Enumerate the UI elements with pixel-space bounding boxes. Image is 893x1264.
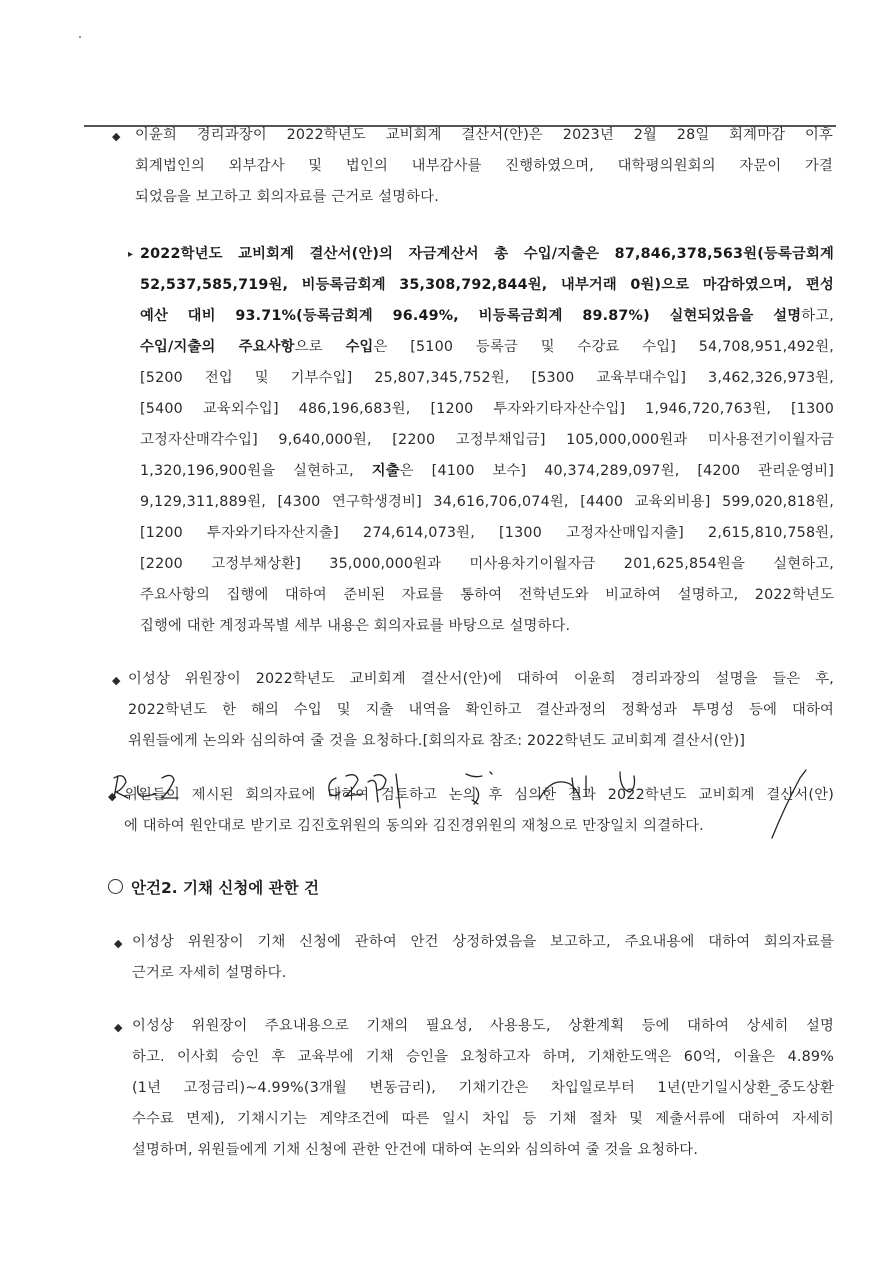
heading-text: 안건2. 기채 신청에 관한 건 [131,879,319,897]
text-line: [5200 전입 및 기부수입] 25,807,345,752원, [5300 … [140,363,834,394]
text-line: 수입/지출의 주요사항으로 수입은 [5100 등록금 및 수강료 수입] 54… [140,332,834,363]
paragraph-bond-details: 이성상 위원장이 주요내용으로 기채의 필요성, 사용용도, 상환계획 등에 대… [132,1011,834,1166]
agenda-2-heading: 안건2. 기채 신청에 관한 건 [108,876,319,898]
bold-span: 예산 대비 93.71%(등록금회계 96.49%, 비등록금회계 89.87%… [140,308,801,324]
plain-span: 은 [5100 등록금 및 수강료 수입] 54,708,951,492원, [373,339,834,355]
text-line: (1년 고정금리)~4.99%(3개월 변동금리), 기채기간은 차입일로부터 … [132,1073,834,1104]
document-page: ◆ 이윤희 경리과장이 2022학년도 교비회계 결산서(안)은 2023년 2… [0,0,893,1264]
text-line: 이성상 위원장이 주요내용으로 기채의 필요성, 사용용도, 상환계획 등에 대… [132,1011,834,1042]
text-line: [5400 교육외수입] 486,196,683원, [1200 투자와기타자산… [140,394,834,425]
bold-span: 수입 [345,339,373,355]
text-line: 2022학년도 한 해의 수입 및 지출 내역을 확인하고 결산과정의 정확성과… [128,695,834,726]
paragraph-bond-agenda: 이성상 위원장이 기채 신청에 관하여 안건 상정하였음을 보고하고, 주요내용… [132,927,834,989]
paragraph-chair-request: 이성상 위원장이 2022학년도 교비회계 결산서(안)에 대하여 이윤희 경리… [128,664,834,757]
text-line: [2200 고정부채상환] 35,000,000원과 미사용차기이월자금 201… [140,549,834,580]
bold-span: 수입/지출의 주요사항 [140,339,295,355]
paragraph-resolution: 위원들이 제시된 회의자료에 대하여 검토하고 논의 후 심의한 결과 2022… [124,780,834,842]
text-line: 이성상 위원장이 기채 신청에 관하여 안건 상정하였음을 보고하고, 주요내용… [132,927,834,958]
text-line: 1,320,196,900원을 실현하고, 지출은 [4100 보수] 40,3… [140,456,834,487]
text-line: 근거로 자세히 설명하다. [132,958,834,989]
diamond-bullet-icon: ◆ [108,790,116,803]
paragraph-accounting-report: 이윤희 경리과장이 2022학년도 교비회계 결산서(안)은 2023년 2월 … [135,120,833,213]
text-line: 고정자산매각수입] 9,640,000원, [2200 고정부채입금] 105,… [140,425,834,456]
scan-speck [79,36,81,38]
text-line: 52,537,585,719원, 비등록금회계 35,308,792,844원,… [140,270,834,301]
text-line: 수수료 면제), 기채시기는 계약조건에 따른 일시 차입 등 기채 절차 및 … [132,1104,834,1135]
text-line: 되었음을 보고하고 회의자료를 근거로 설명하다. [135,182,833,213]
diamond-bullet-icon: ◆ [114,937,122,950]
text-line: 이성상 위원장이 2022학년도 교비회계 결산서(안)에 대하여 이윤희 경리… [128,664,834,695]
text-line: 2022학년도 교비회계 결산서(안)의 자금계산서 총 수입/지출은 87,8… [140,239,834,270]
plain-span: 은 [4100 보수] 40,374,289,097원, [4200 관리운영비… [400,463,834,479]
text-line: 회계법인의 외부감사 및 법인의 내부감사를 진행하였으며, 대학평의원회의 자… [135,151,833,182]
text-line: 설명하며, 위원들에게 기채 신청에 관한 안건에 대하여 논의와 심의하여 줄… [132,1135,834,1166]
text-line: [1200 투자와기타자산지출] 274,614,073원, [1300 고정자… [140,518,834,549]
text-line: 9,129,311,889원, [4300 연구학생경비] 34,616,706… [140,487,834,518]
circle-icon [108,879,123,894]
text-line: 위원들이 제시된 회의자료에 대하여 검토하고 논의 후 심의한 결과 2022… [124,780,834,811]
paragraph-fund-statement: 2022학년도 교비회계 결산서(안)의 자금계산서 총 수입/지출은 87,8… [140,239,834,642]
text-line: 예산 대비 93.71%(등록금회계 96.49%, 비등록금회계 89.87%… [140,301,834,332]
plain-span: 으로 [295,339,346,355]
text-line: 위원들에게 논의와 심의하여 줄 것을 요청하다.[회의자료 참조: 2022학… [128,726,834,757]
plain-span: 하고, [801,308,834,324]
text-line: 주요사항의 집행에 대하여 준비된 자료를 통하여 전학년도와 비교하여 설명하… [140,580,834,611]
diamond-bullet-icon: ◆ [114,1021,122,1034]
diamond-bullet-icon: ◆ [112,130,120,143]
text-line: 집행에 대한 계정과목별 세부 내용은 회의자료를 바탕으로 설명하다. [140,611,834,642]
plain-span: 1,320,196,900원을 실현하고, [140,463,372,479]
text-line: 에 대하여 원안대로 받기로 김진호위원의 동의와 김진경위원의 재청으로 만장… [124,811,834,842]
text-line: 하고. 이사회 승인 후 교육부에 기채 승인을 요청하고자 하며, 기채한도액… [132,1042,834,1073]
text-line: 이윤희 경리과장이 2022학년도 교비회계 결산서(안)은 2023년 2월 … [135,120,833,151]
triangle-bullet-icon: ▸ [128,249,133,260]
diamond-bullet-icon: ◆ [112,674,120,687]
bold-span: 지출 [372,463,400,479]
